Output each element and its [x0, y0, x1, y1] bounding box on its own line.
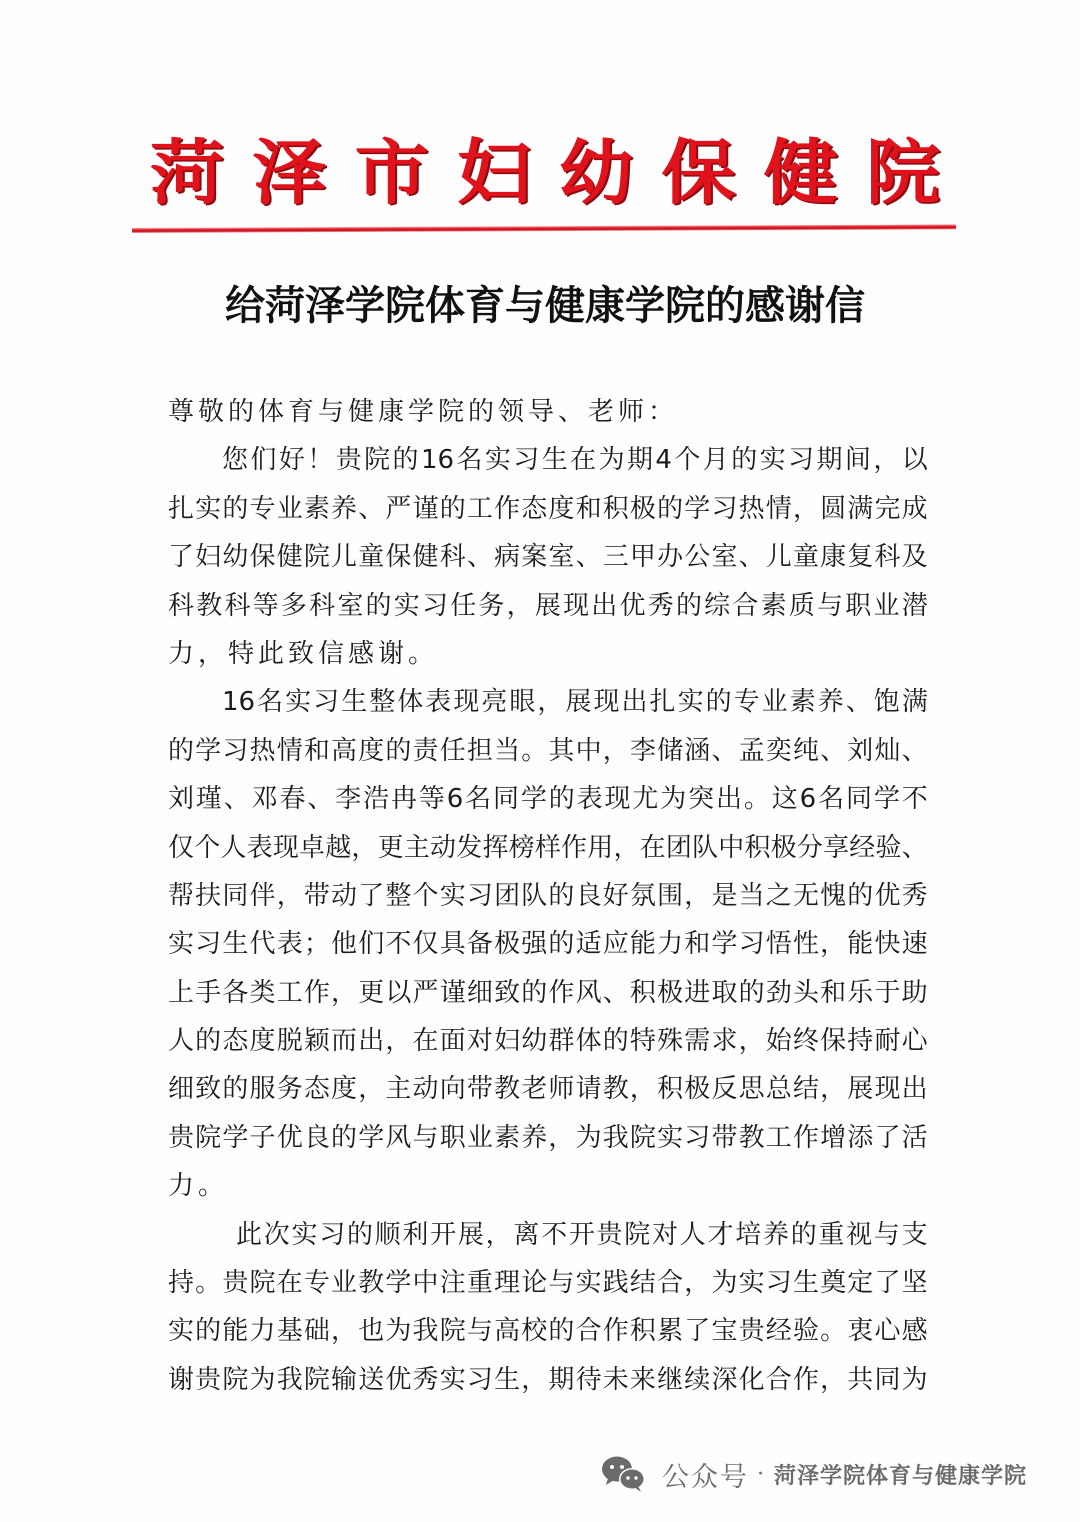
- paragraph-2-line: 细致的服务态度，主动向带教老师请教，积极反思总结，展现出: [168, 1065, 928, 1113]
- letterhead-char: 保: [661, 130, 735, 216]
- wechat-account-watermark[interactable]: 公众号 · 菏泽学院体育与健康学院: [600, 1452, 1027, 1496]
- paragraph-2-line: 贵院学子优良的学风与职业素养，为我院实习带教工作增添了活: [168, 1114, 928, 1162]
- paragraph-2-line: 16名实习生整体表现亮眼，展现出扎实的专业素养、饱满: [168, 678, 928, 726]
- account-type-label: 公众号: [662, 1455, 749, 1494]
- paragraph-2-line: 上手各类工作，更以严谨细致的作风、积极进取的劲头和乐于助: [168, 969, 928, 1017]
- paragraph-1-line: 您们好！贵院的16名实习生在为期4个月的实习期间，以: [168, 436, 928, 484]
- paragraph-3-line: 谢贵院为我院输送优秀实习生，期待未来继续深化合作，共同为: [168, 1356, 928, 1404]
- letterhead-char: 市: [355, 130, 429, 216]
- letterhead-red-rule: [132, 224, 956, 233]
- letter-body: 尊敬的体育与健康学院的领导、老师： 您们好！贵院的16名实习生在为期4个月的实习…: [168, 388, 928, 1404]
- paragraph-3-line: 实的能力基础，也为我院与高校的合作积累了宝贵经验。衷心感: [168, 1307, 928, 1355]
- paragraph-1-line: 扎实的专业素养、严谨的工作态度和积极的学习热情，圆满完成: [168, 485, 928, 533]
- letter-page: 菏 泽 市 妇 幼 保 健 院 给菏泽学院体育与健康学院的感谢信 尊敬的体育与健…: [0, 0, 1080, 1522]
- paragraph-2-line: 帮扶同伴，带动了整个实习团队的良好氛围，是当之无愧的优秀: [168, 872, 928, 920]
- paragraph-1-line: 了妇幼保健院儿童保健科、病案室、三甲办公室、儿童康复科及: [168, 533, 928, 581]
- account-name-link[interactable]: 菏泽学院体育与健康学院: [774, 1459, 1027, 1490]
- letterhead-char: 泽: [252, 130, 326, 216]
- letterhead-char: 院: [866, 130, 940, 216]
- paragraph-2-line: 刘瑾、邓春、李浩冉等6名同学的表现尤为突出。这6名同学不: [168, 775, 928, 823]
- letterhead-char: 健: [764, 130, 838, 216]
- letterhead-char: 幼: [559, 130, 633, 216]
- paragraph-2-line: 力。: [168, 1162, 928, 1210]
- paragraph-3-line: 此次实习的顺利开展，离不开贵院对人才培养的重视与支: [168, 1211, 928, 1259]
- letterhead-organization: 菏 泽 市 妇 幼 保 健 院: [150, 128, 940, 218]
- paragraph-1-line: 力，特此致信感谢。: [168, 630, 928, 678]
- paragraph-2-line: 实习生代表；他们不仅具备极强的适应能力和学习悟性，能快速: [168, 920, 928, 968]
- paragraph-2-line: 人的态度脱颖而出，在面对妇幼群体的特殊需求，始终保持耐心: [168, 1017, 928, 1065]
- paragraph-2-line: 仅个人表现卓越，更主动发挥榜样作用，在团队中积极分享经验、: [168, 824, 928, 872]
- wechat-icon: [600, 1454, 648, 1494]
- letterhead-char: 妇: [457, 130, 531, 216]
- letter-title: 给菏泽学院体育与健康学院的感谢信: [220, 278, 870, 334]
- paragraph-3-line: 持。贵院在专业教学中注重理论与实践结合，为实习生奠定了坚: [168, 1259, 928, 1307]
- paragraph-2-line: 的学习热情和高度的责任担当。其中，李储涵、孟奕纯、刘灿、: [168, 727, 928, 775]
- letterhead-char: 菏: [150, 130, 224, 216]
- salutation: 尊敬的体育与健康学院的领导、老师：: [168, 388, 928, 436]
- separator-dot: ·: [757, 1462, 764, 1487]
- paragraph-1-line: 科教科等多科室的实习任务，展现出优秀的综合素质与职业潜: [168, 582, 928, 630]
